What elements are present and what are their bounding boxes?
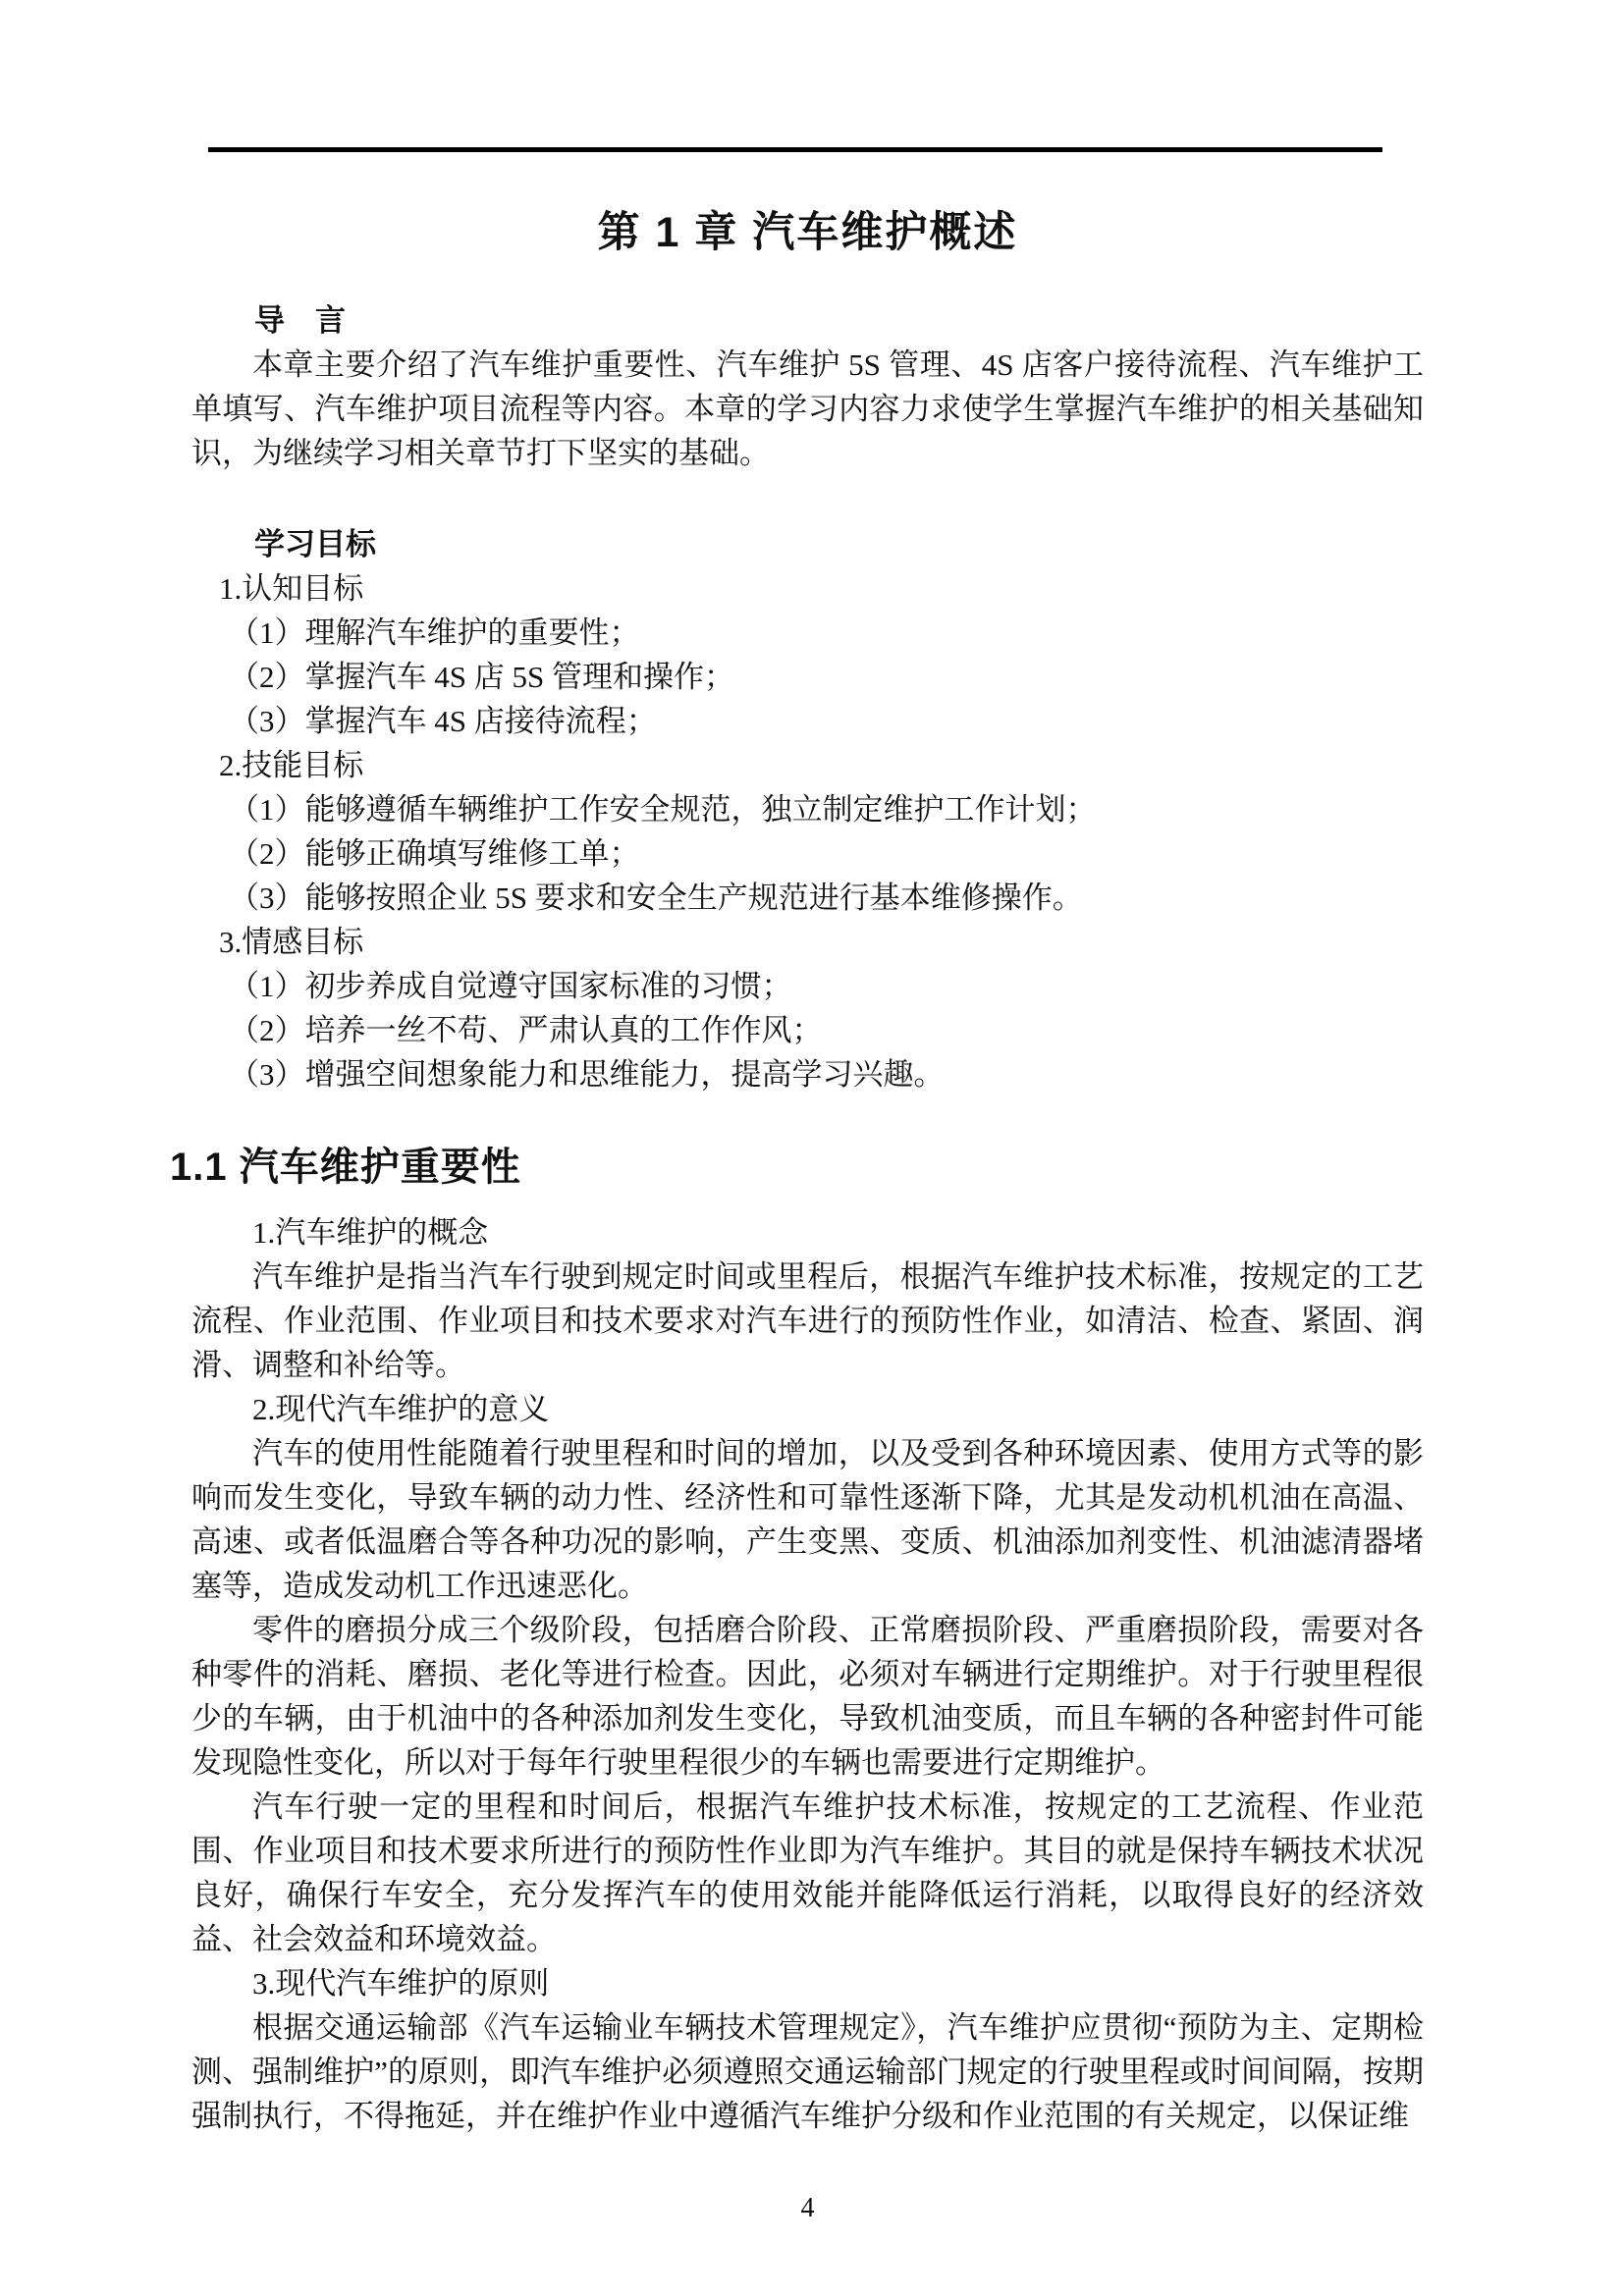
chapter-title: 第 1 章 汽车维护概述 <box>191 208 1424 257</box>
objective-item: （2）能够正确填写维修工单； <box>191 831 1424 876</box>
objectives-section: 学习目标 1.认知目标（1）理解汽车维护的重要性；（2）掌握汽车 4S 店 5S… <box>191 522 1424 1096</box>
objective-group-title: 2.技能目标 <box>191 743 1424 787</box>
objective-item: （2）掌握汽车 4S 店 5S 管理和操作； <box>191 655 1424 699</box>
objective-item: （1）初步养成自觉遵守国家标准的习惯； <box>191 964 1424 1008</box>
intro-section: 导 言 本章主要介绍了汽车维护重要性、汽车维护 5S 管理、4S 店客户接待流程… <box>191 298 1424 475</box>
header-rule <box>208 147 1382 152</box>
section-heading: 1.1 汽车维护重要性 <box>170 1142 1424 1193</box>
objective-item: （3）能够按照企业 5S 要求和安全生产规范进行基本维修操作。 <box>191 876 1424 920</box>
sub-heading: 1.汽车维护的概念 <box>191 1210 1424 1255</box>
objective-item: （3）掌握汽车 4S 店接待流程； <box>191 699 1424 743</box>
section-body: 1.汽车维护的概念汽车维护是指当汽车行驶到规定时间或里程后，根据汽车维护技术标准… <box>191 1210 1424 2138</box>
body-paragraph: 汽车行驶一定的里程和时间后，根据汽车维护技术标准，按规定的工艺流程、作业范围、作… <box>191 1785 1424 1961</box>
objective-group-title: 3.情感目标 <box>191 920 1424 964</box>
sub-heading: 3.现代汽车维护的原则 <box>191 1961 1424 2005</box>
objectives-list: 1.认知目标（1）理解汽车维护的重要性；（2）掌握汽车 4S 店 5S 管理和操… <box>191 566 1424 1096</box>
page-number: 4 <box>191 2189 1424 2228</box>
page-footer: 4 <box>191 2189 1424 2228</box>
intro-paragraph: 本章主要介绍了汽车维护重要性、汽车维护 5S 管理、4S 店客户接待流程、汽车维… <box>191 343 1424 475</box>
document-page: 第 1 章 汽车维护概述 导 言 本章主要介绍了汽车维护重要性、汽车维护 5S … <box>0 0 1624 2296</box>
body-paragraph: 汽车维护是指当汽车行驶到规定时间或里程后，根据汽车维护技术标准，按规定的工艺流程… <box>191 1255 1424 1387</box>
sub-heading: 2.现代汽车维护的意义 <box>191 1387 1424 1431</box>
objectives-heading: 学习目标 <box>191 522 1424 566</box>
body-paragraph: 零件的磨损分成三个级阶段，包括磨合阶段、正常磨损阶段、严重磨损阶段，需要对各种零… <box>191 1608 1424 1785</box>
body-paragraph: 汽车的使用性能随着行驶里程和时间的增加，以及受到各种环境因素、使用方式等的影响而… <box>191 1431 1424 1608</box>
objective-item: （1）能够遵循车辆维护工作安全规范，独立制定维护工作计划； <box>191 787 1424 831</box>
objective-group-title: 1.认知目标 <box>191 566 1424 611</box>
main-section: 1.1 汽车维护重要性 1.汽车维护的概念汽车维护是指当汽车行驶到规定时间或里程… <box>191 1142 1424 2138</box>
objective-item: （3）增强空间想象能力和思维能力，提高学习兴趣。 <box>191 1052 1424 1096</box>
body-paragraph: 根据交通运输部《汽车运输业车辆技术管理规定》，汽车维护应贯彻“预防为主、定期检测… <box>191 2005 1424 2138</box>
intro-heading: 导 言 <box>191 298 1424 343</box>
objective-item: （2）培养一丝不苟、严肃认真的工作作风； <box>191 1008 1424 1052</box>
objective-item: （1）理解汽车维护的重要性； <box>191 611 1424 655</box>
